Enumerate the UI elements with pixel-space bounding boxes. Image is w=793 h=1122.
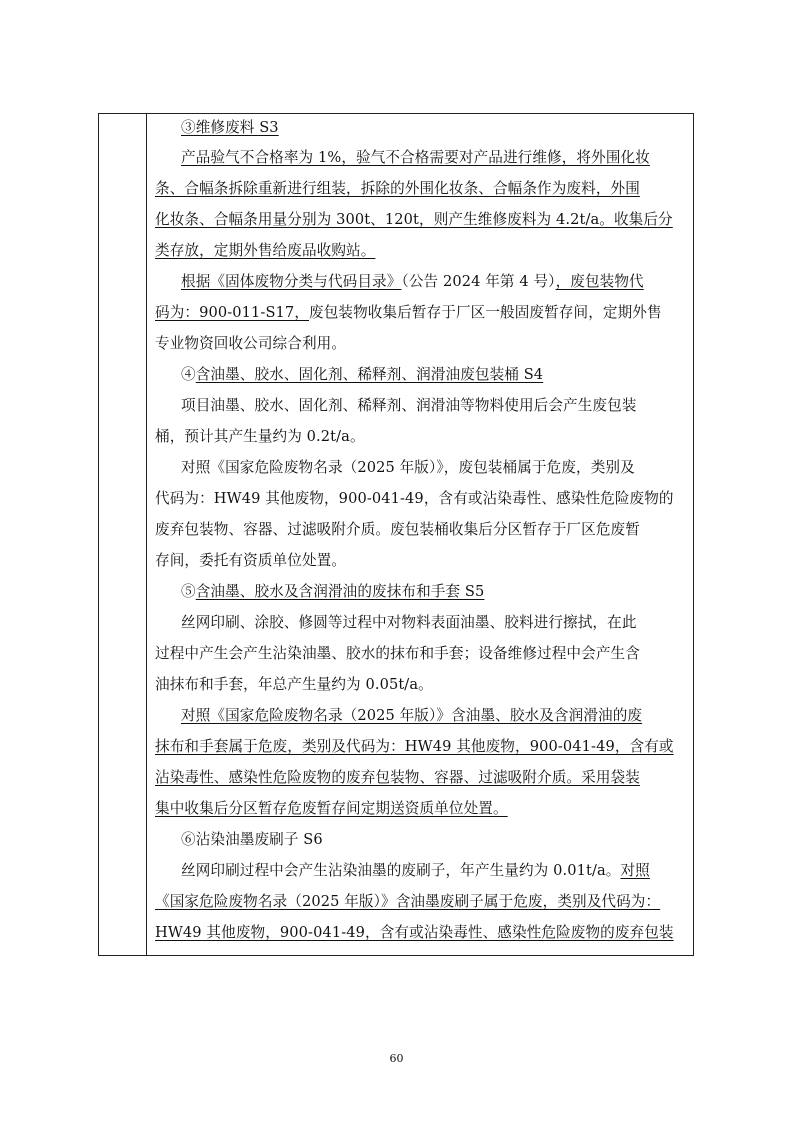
text-segment: ⑤ bbox=[181, 583, 196, 600]
text-segment: 含油墨、胶水、固化剂、稀释剂、润滑油废包装桶 S4 bbox=[196, 366, 544, 383]
text-line: 存间，委托有资质单位处置。 bbox=[155, 551, 346, 571]
text-line: 对照《国家危险废物名录（2025 年版）》，废包装桶属于危废，类别及 bbox=[181, 458, 635, 478]
text-line: 废弃包装物、容器、过滤吸附介质。废包装桶收集后分区暂存于厂区危废暂 bbox=[155, 520, 640, 540]
text-segment: 废弃包装物、容器、过滤吸附介质。废包装桶收集后分区暂存于厂区危废暂 bbox=[155, 521, 640, 538]
text-segment: 存间，委托有资质单位处置。 bbox=[155, 552, 346, 569]
text-segment: 抹布和手套属于危废，类别及代码为：HW49 其他废物，900-041-49，含有… bbox=[155, 738, 674, 755]
text-segment: 油抹布和手套，年总产生量约为 0.05t/a。 bbox=[155, 676, 433, 693]
text-segment: 对照《国家危险废物名录（2025 年版）》，废包装桶属于危废，类别及 bbox=[181, 459, 635, 476]
text-line: ⑥沾染油墨废刷子 S6 bbox=[181, 830, 323, 850]
text-line: 项目油墨、胶水、固化剂、稀释剂、润滑油等物料使用后会产生废包装 bbox=[181, 396, 637, 416]
text-segment: 产品验气不合格率为 1%，验气不合格需要对产品进行维修，将外围化妆 bbox=[181, 149, 650, 166]
text-segment: ④ bbox=[181, 366, 196, 383]
text-line: 化妆条、合幅条用量分别为 300t、120t，则产生维修废料为 4.2t/a。收… bbox=[155, 210, 673, 230]
text-line: 产品验气不合格率为 1%，验气不合格需要对产品进行维修，将外围化妆 bbox=[181, 148, 650, 168]
text-segment: 条、合幅条拆除重新进行组装，拆除的外围化妆条、合幅条作为废料，外围 bbox=[155, 180, 640, 197]
document-table: ③维修废料 S3产品验气不合格率为 1%，验气不合格需要对产品进行维修，将外围化… bbox=[98, 113, 694, 956]
text-segment: 项目油墨、胶水、固化剂、稀释剂、润滑油等物料使用后会产生废包装 bbox=[181, 397, 637, 414]
text-segment: ，废包装物代 bbox=[556, 273, 644, 290]
text-line: HW49 其他废物，900-041-49，含有或沾染毒性、感染性危险废物的废弃包… bbox=[155, 923, 674, 943]
text-line: 对照《国家危险废物名录（2025 年版）》含油墨、胶水及含润滑油的废 bbox=[181, 706, 642, 726]
text-segment: 化妆条、合幅条用量分别为 300t、120t，则产生维修废料为 4.2t/a。收… bbox=[155, 211, 673, 228]
text-line: 类存放，定期外售给废品收购站。 bbox=[155, 241, 375, 261]
text-segment: 桶，预计其产生量约为 0.2t/a。 bbox=[155, 428, 365, 445]
text-segment: 《国家危险废物名录（2025 年版）》含油墨废刷子属于危废，类别及代码为： bbox=[155, 893, 660, 910]
text-segment: 代码为：HW49 其他废物，900-041-49，含有或沾染毒性、感染性危险废物… bbox=[155, 490, 674, 507]
text-line: 根据《固体废物分类与代码目录》（公告 2024 年第 4 号），废包装物代 bbox=[181, 272, 644, 292]
text-line: 过程中产生会产生沾染油墨、胶水的抹布和手套；设备维修过程中会产生含 bbox=[155, 644, 640, 664]
text-line: 集中收集后分区暂存危废暂存间定期送资质单位处置。 bbox=[155, 799, 508, 819]
text-segment: 集中收集后分区暂存危废暂存间定期送资质单位处置。 bbox=[155, 800, 508, 817]
text-segment: 含油墨、胶水及含润滑油的废抹布和手套 S5 bbox=[196, 583, 485, 600]
text-line: ③维修废料 S3 bbox=[181, 118, 279, 138]
text-segment: HW49 其他废物，900-041-49，含有或沾染毒性、感染性危险废物的废弃包… bbox=[155, 924, 674, 941]
text-segment: 过程中产生会产生沾染油墨、胶水的抹布和手套；设备维修过程中会产生含 bbox=[155, 645, 640, 662]
text-segment: 专业物资回收公司综合利用。 bbox=[155, 335, 346, 352]
text-segment: 沾染毒性、感染性危险废物的废弃包装物、容器、过滤吸附介质。采用袋装 bbox=[155, 769, 640, 786]
text-line: 抹布和手套属于危废，类别及代码为：HW49 其他废物，900-041-49，含有… bbox=[155, 737, 674, 757]
text-line: 丝网印刷过程中会产生沾染油墨的废刷子，年产生量约为 0.01t/a。对照 bbox=[181, 861, 650, 881]
text-line: 《国家危险废物名录（2025 年版）》含油墨废刷子属于危废，类别及代码为： bbox=[155, 892, 660, 912]
text-line: 代码为：HW49 其他废物，900-041-49，含有或沾染毒性、感染性危险废物… bbox=[155, 489, 674, 509]
text-segment: 对照《国家危险废物名录（2025 年版）》含油墨、胶水及含润滑油的废 bbox=[181, 707, 642, 724]
text-segment: 丝网印刷、涂胶、修圆等过程中对物料表面油墨、胶料进行擦拭，在此 bbox=[181, 614, 637, 631]
text-line: 条、合幅条拆除重新进行组装，拆除的外围化妆条、合幅条作为废料，外围 bbox=[155, 179, 640, 199]
text-segment: 废包装物收集后暂存于厂区一般固废暂存间，定期外售 bbox=[309, 304, 662, 321]
text-line: ⑤含油墨、胶水及含润滑油的废抹布和手套 S5 bbox=[181, 582, 484, 602]
text-segment: 对照 bbox=[620, 862, 649, 879]
text-line: 专业物资回收公司综合利用。 bbox=[155, 334, 346, 354]
text-line: 丝网印刷、涂胶、修圆等过程中对物料表面油墨、胶料进行擦拭，在此 bbox=[181, 613, 637, 633]
text-line: 桶，预计其产生量约为 0.2t/a。 bbox=[155, 427, 365, 447]
text-line: 沾染毒性、感染性危险废物的废弃包装物、容器、过滤吸附介质。采用袋装 bbox=[155, 768, 640, 788]
page-number: 60 bbox=[0, 1052, 793, 1065]
text-segment: ③维修废料 S3 bbox=[181, 119, 279, 136]
table-left-column bbox=[99, 114, 147, 955]
text-segment: 码为：900-011-S17， bbox=[155, 304, 309, 321]
text-segment: （公告 2024 年第 4 号） bbox=[401, 273, 555, 290]
text-segment: ⑥沾染油墨废刷子 S6 bbox=[181, 831, 323, 848]
text-segment: 丝网印刷过程中会产生沾染油墨的废刷子，年产生量约为 0.01t/a。 bbox=[181, 862, 620, 879]
text-segment: 类存放，定期外售给废品收购站。 bbox=[155, 242, 375, 259]
text-line: ④含油墨、胶水、固化剂、稀释剂、润滑油废包装桶 S4 bbox=[181, 365, 543, 385]
text-line: 油抹布和手套，年总产生量约为 0.05t/a。 bbox=[155, 675, 433, 695]
text-segment: 根据《固体废物分类与代码目录》 bbox=[181, 273, 401, 290]
text-line: 码为：900-011-S17，废包装物收集后暂存于厂区一般固废暂存间，定期外售 bbox=[155, 303, 662, 323]
